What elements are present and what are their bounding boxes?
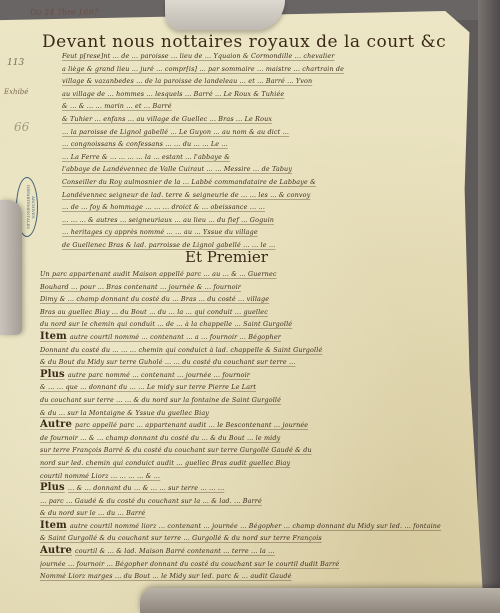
date-note: Du 24 7bre 1697 [30, 8, 99, 17]
gloved-hand-bottom [140, 588, 500, 613]
preamble-line: & Tuhier ... enfans ... au village de Gu… [62, 113, 472, 126]
article-line: du nord sur le chemin qui conduit ... de… [40, 318, 480, 331]
preamble-line: ... heritages cy apprès nommé ... ... au… [62, 226, 472, 239]
article-lead-word: Item [40, 520, 67, 531]
background-right-edge [478, 0, 500, 613]
preamble-line: Feut p[rese]nt ... de ... paroisse ... l… [62, 50, 472, 63]
margin-note-exhibit: Exhibé [4, 88, 28, 96]
preamble-line: Landévennec seigneur de lad. terre & sei… [62, 189, 472, 202]
article-lead-word: Autre [40, 419, 72, 430]
article-lead-word: Plus [40, 369, 65, 380]
preamble-line: ... la paroisse de Lignol gabellé ... Le… [62, 126, 472, 139]
article-lead-word: Item [40, 331, 67, 342]
article-line: courtil nommé Liorz ... ... ... ... & ..… [40, 470, 480, 483]
article-lead-word: Plus [40, 482, 65, 493]
article-line: nord sur led. chemin qui conduict audit … [40, 457, 480, 470]
preamble-line: ... congnoissans & confessans ... ... du… [62, 138, 472, 151]
article-line: & ... ... que ... donnant du ... ... Le … [40, 381, 480, 394]
article-line: Plus... & ... donnant du ... & ... ... s… [40, 482, 480, 495]
article-line: journée ... fournoir ... Bégopher donnan… [40, 558, 480, 571]
article-line: & du Bout du Midy sur terre Guholé ... .… [40, 356, 480, 369]
preamble-line: village & vazanbedes ... de la paroisse … [62, 75, 472, 88]
article-line: sur terre François Barré & du costé du c… [40, 444, 480, 457]
preamble-line: au village de ... hommes ... lesquels ..… [62, 88, 472, 101]
article-line: Bouhard ... pour ... Bras contenant ... … [40, 281, 480, 294]
margin-note-number-faded: 66 [14, 120, 29, 134]
preamble-line: ... ... ... & autres ... seigneuriaux ..… [62, 214, 472, 227]
article-line: Itemautre courtil nommé liorz ... conten… [40, 520, 480, 533]
document-title: Devant nous nottaires royaux de la court… [42, 32, 446, 52]
preamble-line: Conseiller du Roy aulmosnier de la ... L… [62, 176, 472, 189]
article-line: Autrecourtil & ... & lad. Maison Barré c… [40, 545, 480, 558]
margin-note-number: 113 [7, 58, 24, 68]
article-line: & du nord sur le ... du ... Barré [40, 507, 480, 520]
gloved-hand-top [165, 0, 285, 30]
article-lead-word: Autre [40, 545, 72, 556]
article-line: Nommé Liorz marges ... du Bout ... le Mi… [40, 570, 480, 583]
preamble-line: l'abbaye de Landévennec de Valle Cuiraut… [62, 163, 472, 176]
articles-text: Un parc appartenant audit Maison appellé… [40, 268, 480, 583]
article-line: ... parc ... Gaudé & du costé du couchan… [40, 495, 480, 508]
article-line: Un parc appartenant audit Maison appellé… [40, 268, 480, 281]
gloved-hand-left [0, 200, 22, 335]
article-line: de fournoir ... & ... champ donnant du c… [40, 432, 480, 445]
preamble-line: a liège & grand lieu ... juré ... compr[… [62, 63, 472, 76]
section-heading: Et Premier [185, 248, 268, 266]
article-line: Autreparc appellé parc ... appartenant a… [40, 419, 480, 432]
article-line: Bras au guellec Biay ... du Bout ... du … [40, 306, 480, 319]
article-line: Donnant du costé du ... ... ... chemin q… [40, 344, 480, 357]
article-line: Dimy & ... champ donnant du costé du ...… [40, 293, 480, 306]
preamble-text: Feut p[rese]nt ... de ... paroisse ... l… [62, 50, 472, 252]
article-line: du couchant sur terre ... ... & du nord … [40, 394, 480, 407]
preamble-line: ... La Ferre & ... ... ... ... la ... es… [62, 151, 472, 164]
article-line: & Saint Gurgollé & du couchant sur terre… [40, 532, 480, 545]
preamble-line: ... de ... foy & hommage ... ... ... dro… [62, 201, 472, 214]
preamble-line: & ... & ... ... marin ... et ... Barré [62, 100, 472, 113]
article-line: Itemautre courtil nommé ... contenant ..… [40, 331, 480, 344]
article-line: & du ... sur la Montaigne & Yssue du gue… [40, 407, 480, 420]
article-line: Plusautre parc nommé ... contenant ... j… [40, 369, 480, 382]
